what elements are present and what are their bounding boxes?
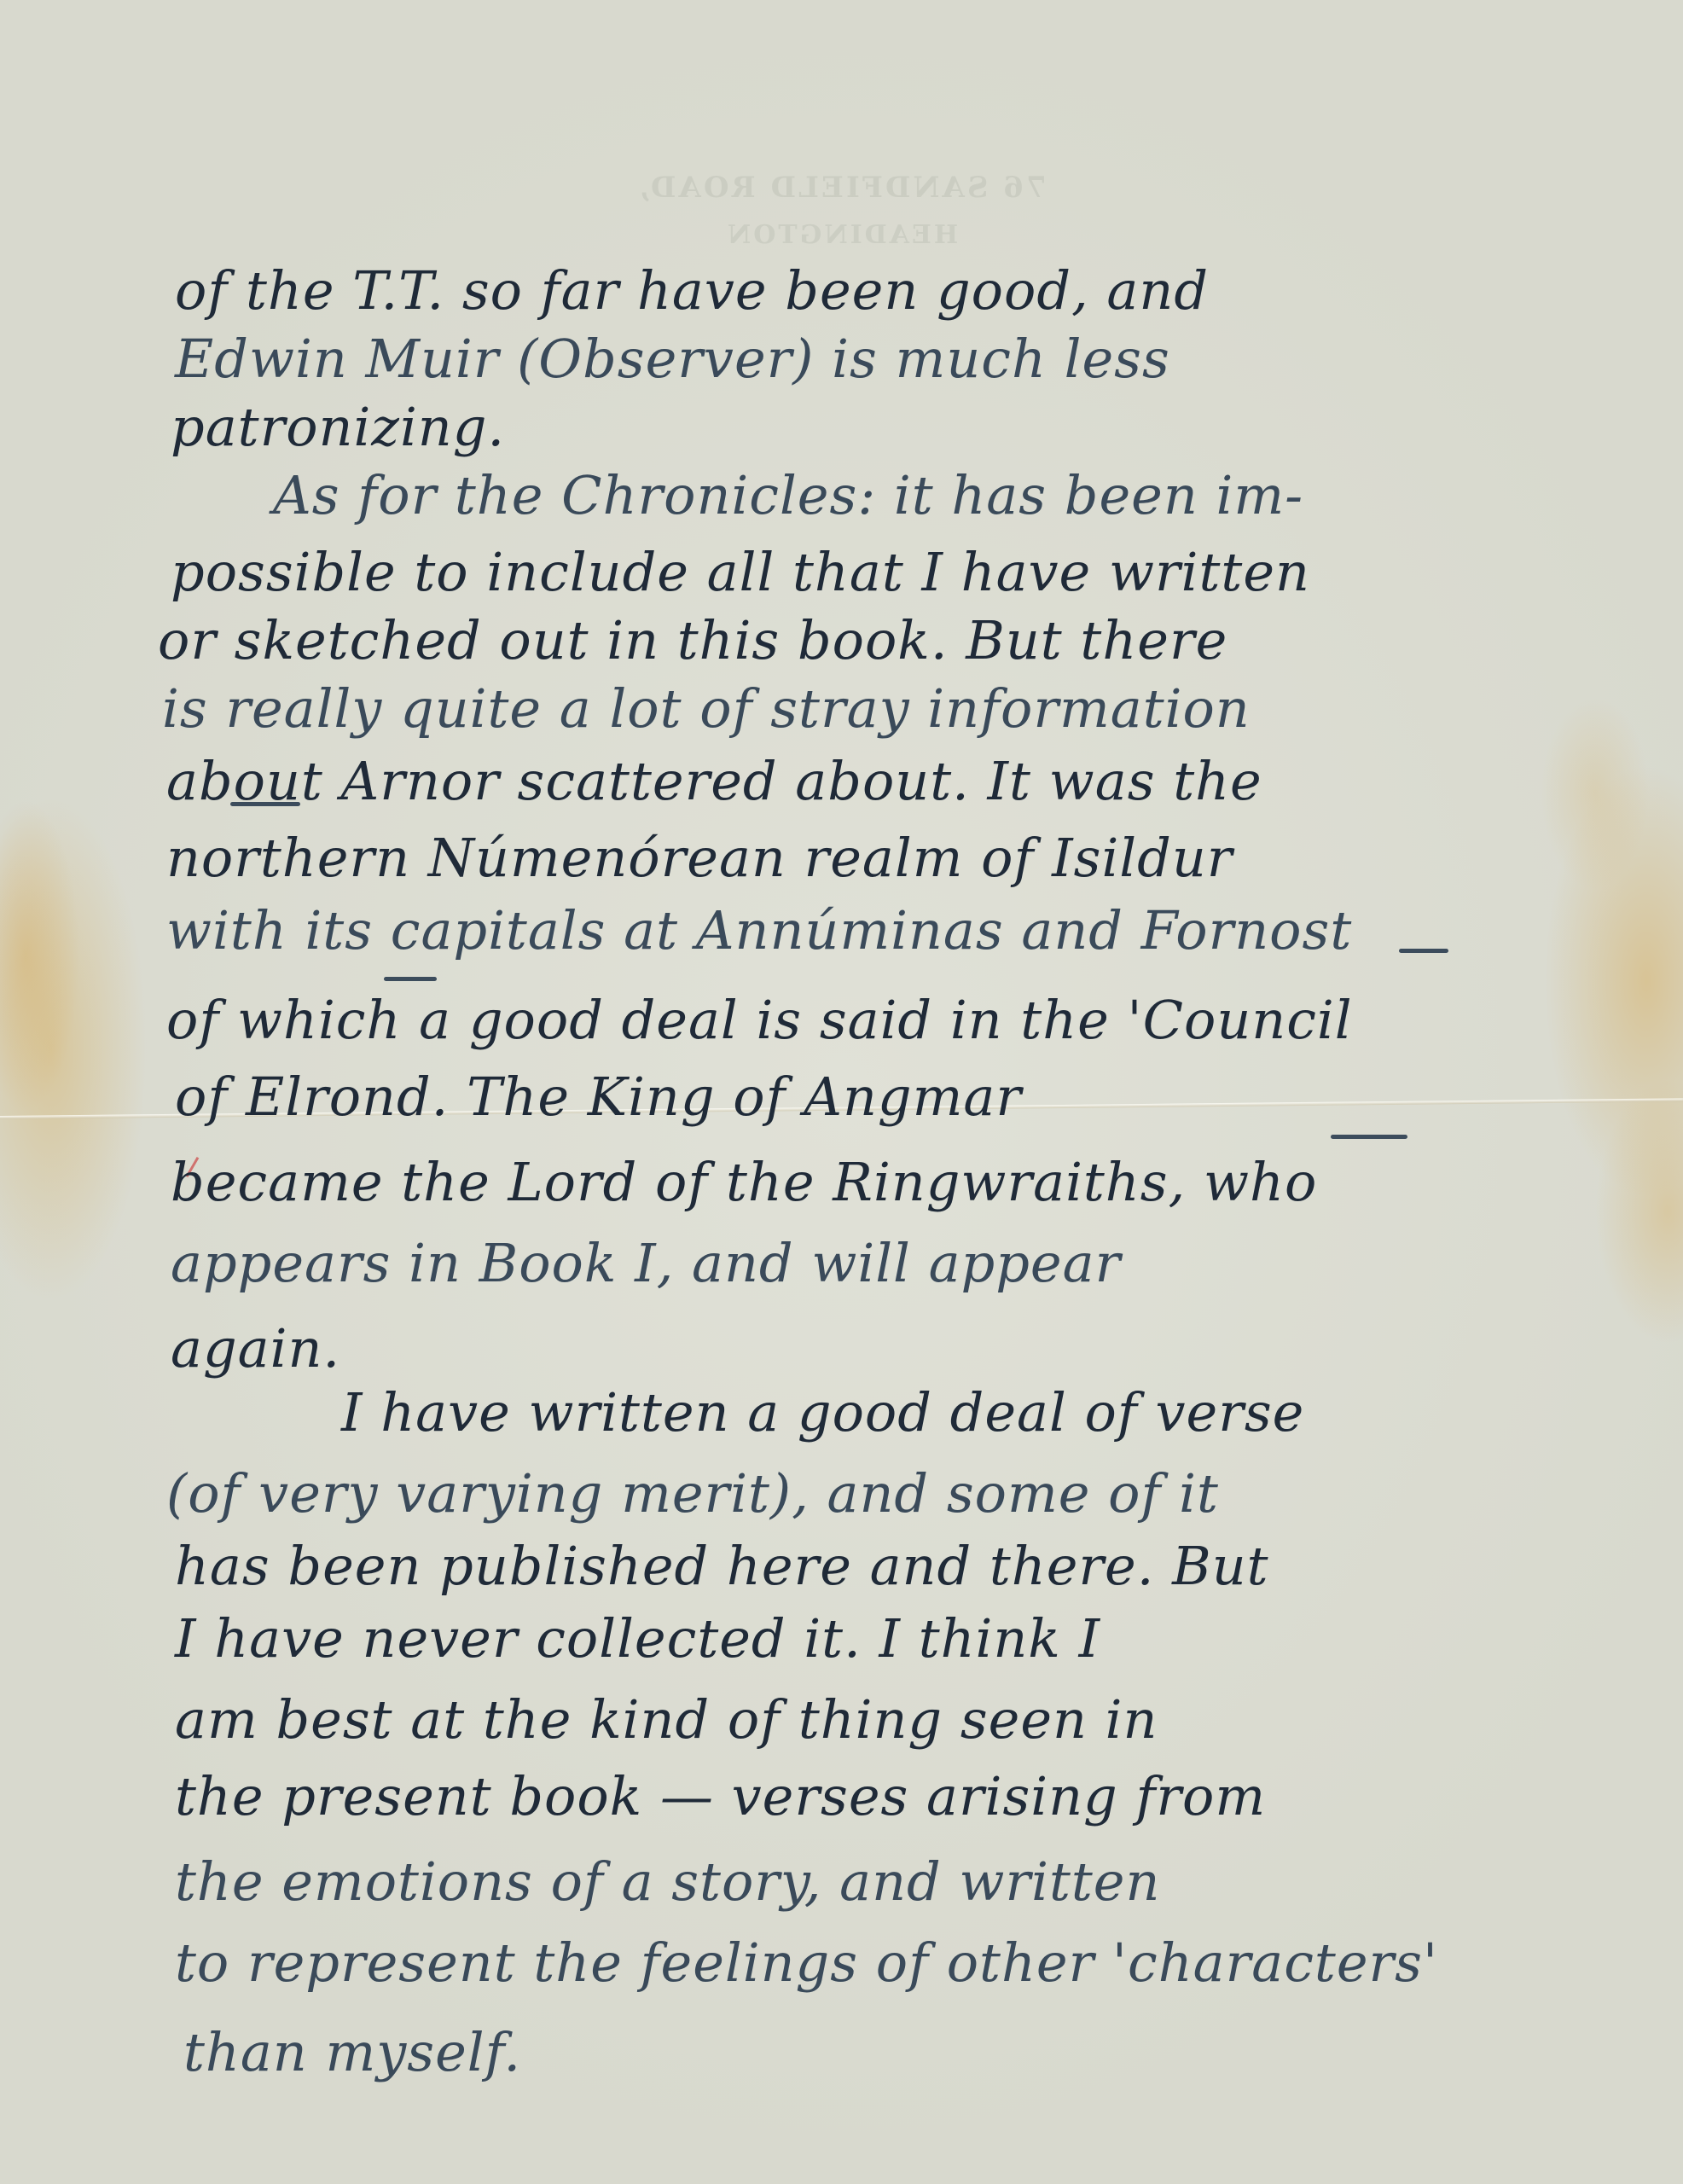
letter-line-12: of Elrond. The King of Angmar (175, 1071, 1022, 1124)
underline-arnor (230, 802, 300, 806)
letter-line-24: than myself. (183, 2026, 521, 2079)
letter-line-16-paragraph-start: I have written a good deal of verse (341, 1386, 1304, 1439)
underline-annuminas (384, 977, 437, 981)
letter-line-13: became the Lord of the Ringwraiths, who (171, 1156, 1317, 1209)
letter-line-1: of the T.T. so far have been good, and (175, 264, 1209, 317)
letter-line-22: the emotions of a story, and written (175, 1856, 1160, 1908)
letter-line-3: patronizing. (171, 401, 505, 454)
letter-line-6: or sketched out in this book. But there (158, 614, 1227, 667)
letter-line-17: (of very varying merit), and some of it (166, 1467, 1219, 1520)
underline-fornost (1399, 949, 1448, 953)
letter-line-4-paragraph-start: As for the Chronicles: it has been im- (273, 469, 1303, 522)
letter-line-18: has been published here and there. But (175, 1540, 1269, 1593)
letter-line-7: is really quite a lot of stray informati… (162, 682, 1251, 735)
underline-angmar (1331, 1135, 1407, 1139)
letter-line-19: I have never collected it. I think I (175, 1612, 1100, 1665)
letter-line-9: northern Númenórean realm of Isildur (166, 832, 1233, 885)
letter-line-23: to represent the feelings of other 'char… (175, 1937, 1438, 1989)
letter-line-15: again. (171, 1322, 340, 1375)
letter-line-20: am best at the kind of thing seen in (175, 1693, 1158, 1746)
letterhead-address-bleedthrough: 76 SANDFIELD ROAD, (0, 171, 1683, 205)
letter-line-8: about Arnor scattered about. It was the (166, 755, 1262, 808)
letterhead-town-bleedthrough: HEADINGTON (0, 220, 1683, 250)
letter-line-10: with its capitals at Annúminas and Forno… (166, 904, 1352, 957)
letter-line-14: appears in Book I, and will appear (171, 1237, 1121, 1290)
letter-line-11: of which a good deal is said in the 'Cou… (166, 994, 1353, 1047)
letter-line-21: the present book — verses arising from (175, 1770, 1266, 1823)
letter-line-5: possible to include all that I have writ… (171, 546, 1310, 599)
letter-line-2: Edwin Muir (Observer) is much less (175, 333, 1170, 386)
